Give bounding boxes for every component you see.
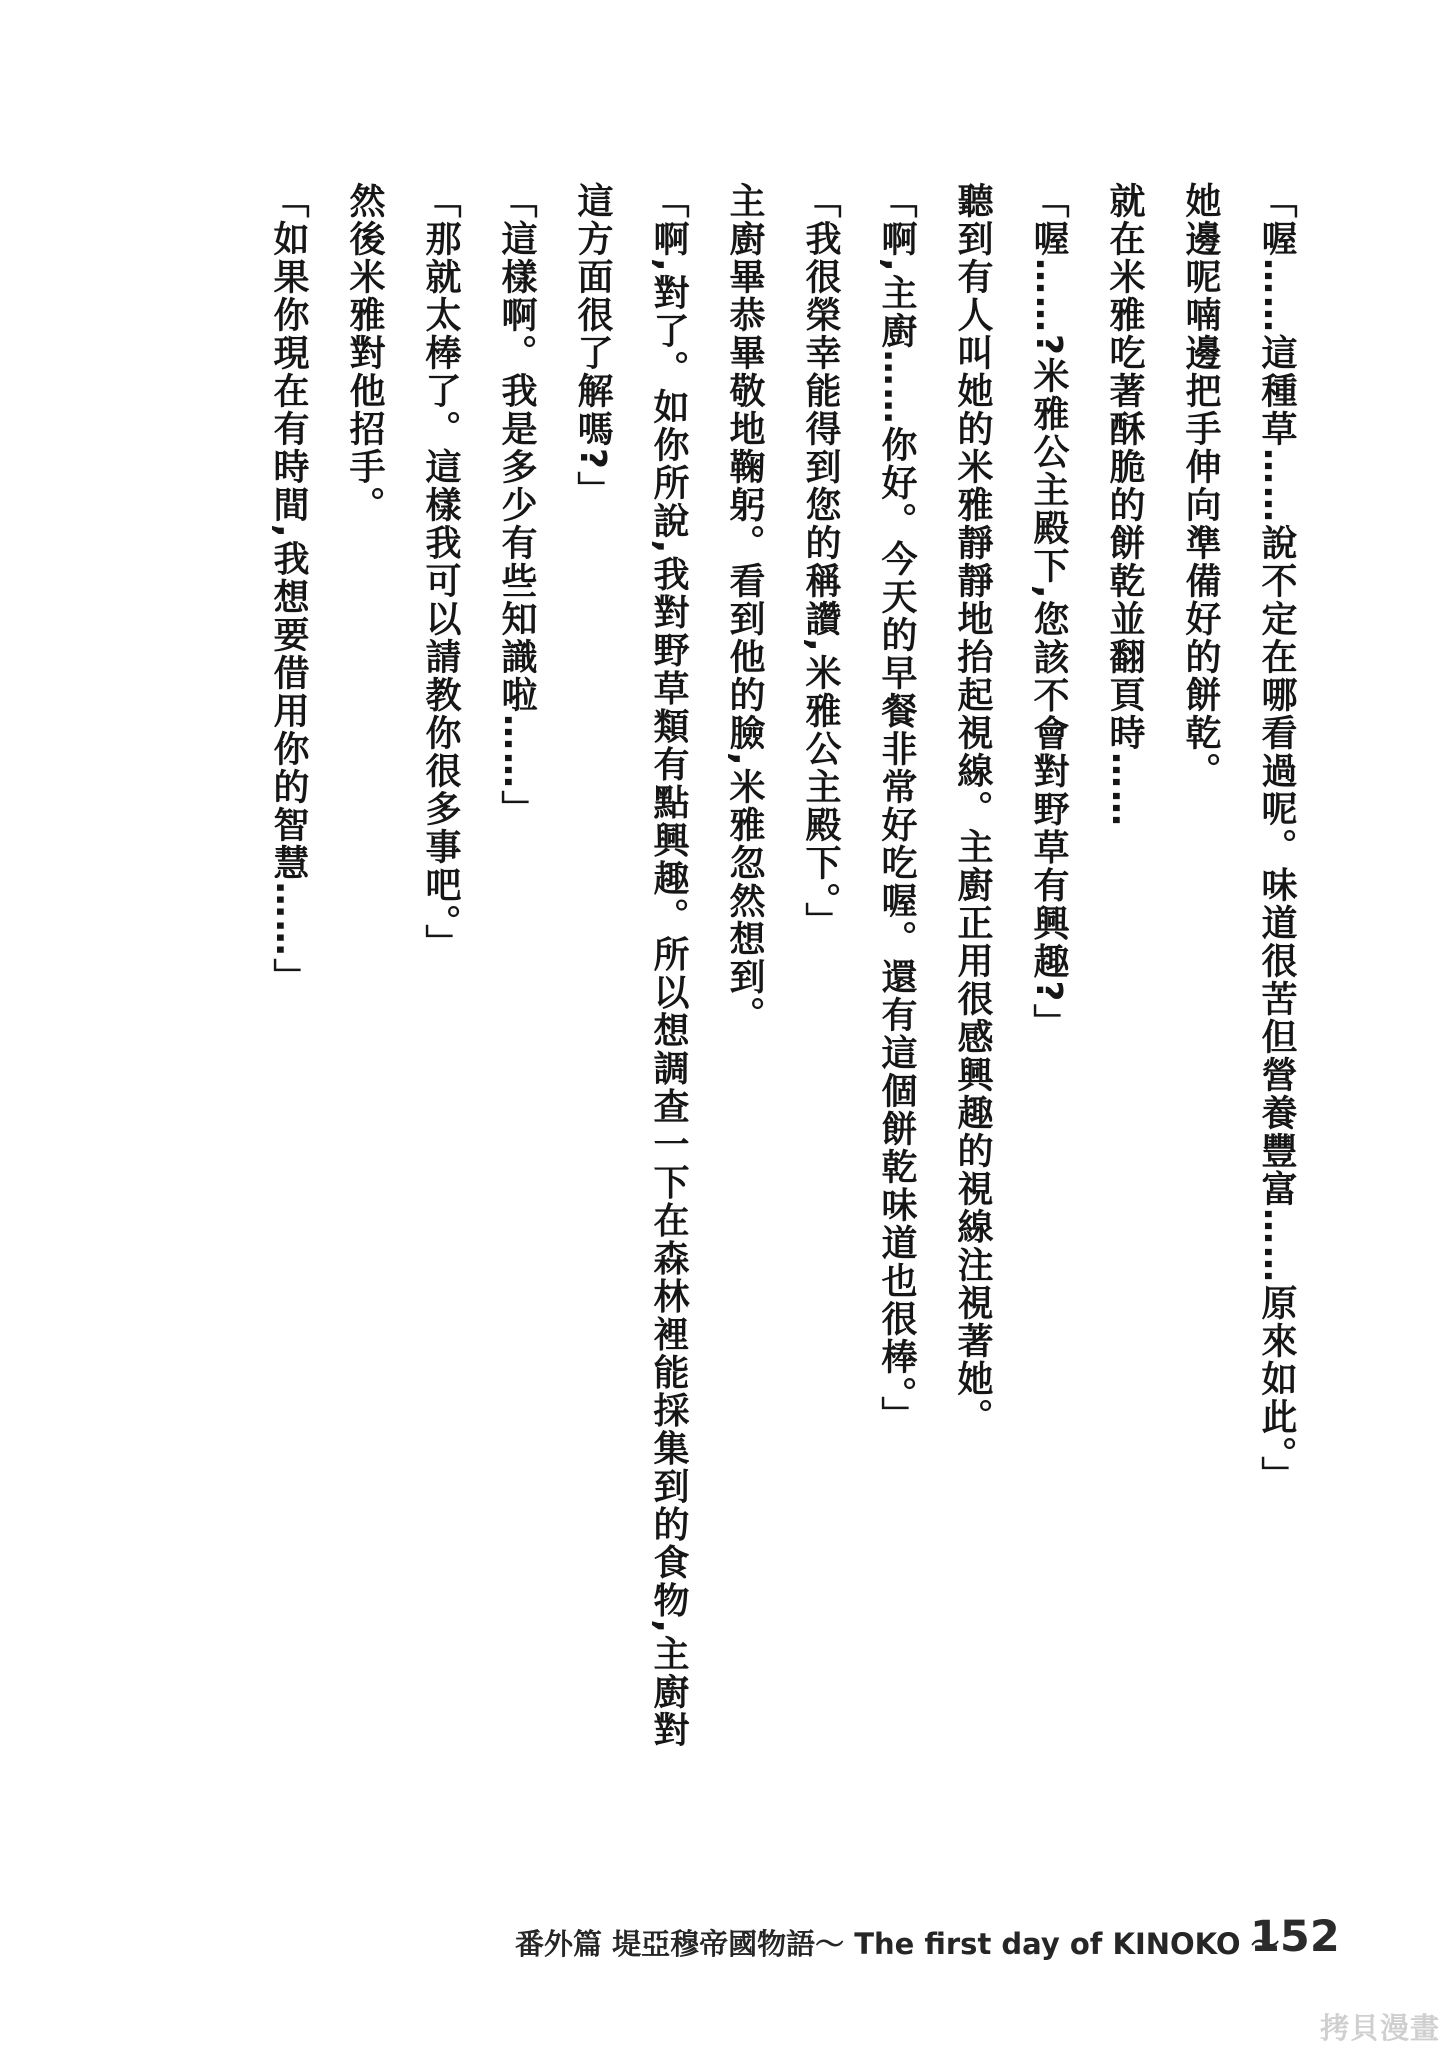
paragraph-line: 她邊呢喃邊把手伸向準備好的餅乾。 — [1162, 182, 1238, 1762]
paragraph-line: 然後米雅對他招手。 — [326, 182, 402, 1762]
novel-text-block: 「喔……這種草……說不定在哪看過呢。味道很苦但營養豐富……原來如此。」 她邊呢喃… — [239, 182, 1314, 1762]
paragraph-line: 「我很榮幸能得到您的稱讚,米雅公主殿下。」 — [782, 182, 858, 1762]
paragraph-line: 就在米雅吃著酥脆的餅乾並翻頁時…… — [1086, 182, 1162, 1762]
paragraph-line: 主廚畢恭畢敬地鞠躬。看到他的臉,米雅忽然想到。 — [706, 182, 782, 1762]
paragraph-line: 「這樣啊。我是多少有些知識啦……」 — [478, 182, 554, 1762]
paragraph-line: 「喔……?米雅公主殿下,您該不會對野草有興趣?」 — [1010, 182, 1086, 1762]
page-number: 152 — [1250, 1912, 1340, 1962]
paragraph-line: 「喔……這種草……說不定在哪看過呢。味道很苦但營養豐富……原來如此。」 — [1238, 182, 1314, 1762]
paragraph-line: 聽到有人叫她的米雅靜靜地抬起視線。主廚正用很感興趣的視線注視著她。 — [934, 182, 1010, 1762]
footer-series-title: 番外篇 堤亞穆帝國物語～ The first day of KINOKO ～ — [515, 1922, 1280, 1963]
watermark-text: 拷貝漫畫 — [1320, 2006, 1440, 2047]
book-page: 「喔……這種草……說不定在哪看過呢。味道很苦但營養豐富……原來如此。」 她邊呢喃… — [0, 0, 1440, 2048]
paragraph-line: 「如果你現在有時間,我想要借用你的智慧……」 — [250, 182, 326, 1762]
paragraph-line: 「那就太棒了。這樣我可以請教你很多事吧。」 — [402, 182, 478, 1762]
paragraph-line: 「啊,主廚……你好。今天的早餐非常好吃喔。還有這個餅乾味道也很棒。」 — [858, 182, 934, 1762]
paragraph-line: 「啊,對了。如你所說,我對野草類有點興趣。所以想調查一下在森林裡能採集到的食物,… — [554, 182, 706, 1762]
